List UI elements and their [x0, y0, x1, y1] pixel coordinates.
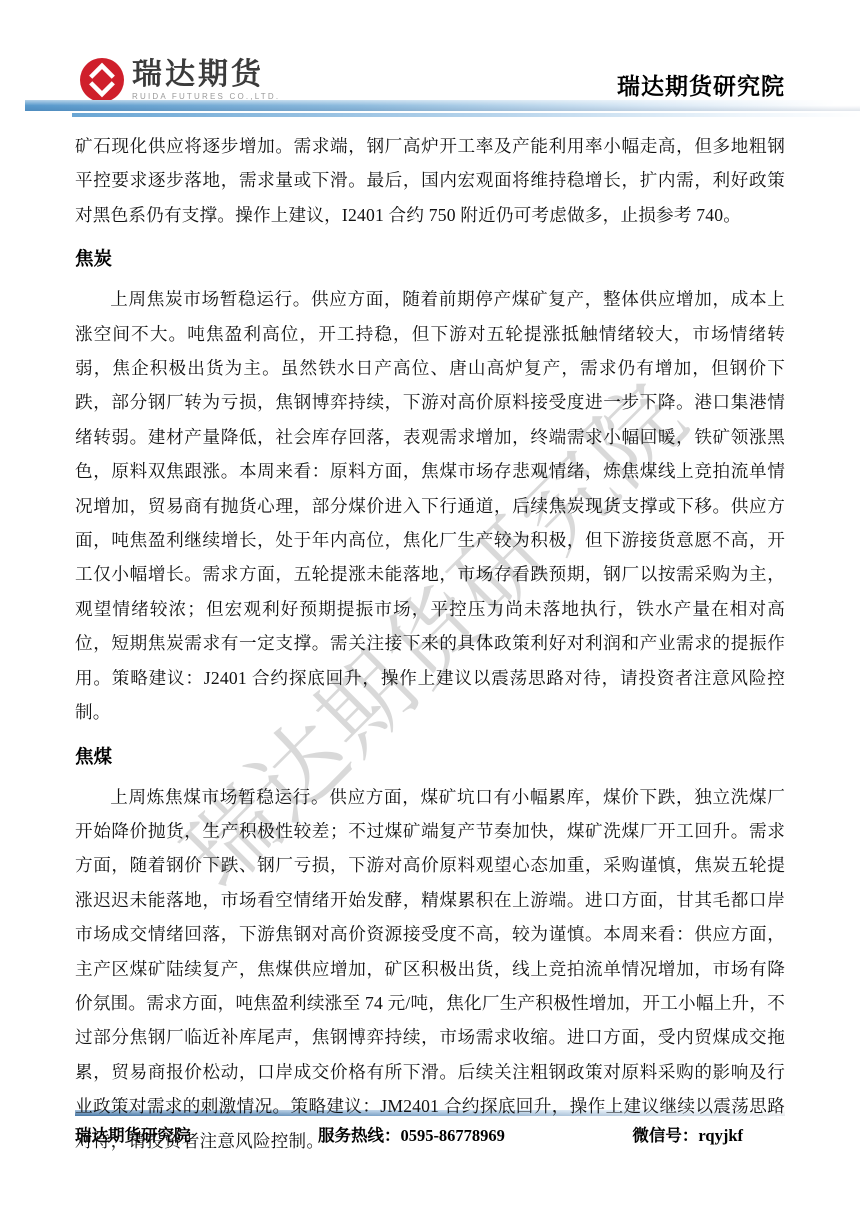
section-body-coking-coal: 上周炼焦煤市场暂稳运行。供应方面，煤矿坑口有小幅累库，煤价下跌，独立洗煤厂开始降…: [75, 780, 785, 1158]
logo-company-name: 瑞达期货: [132, 59, 280, 91]
section-body-coke: 上周焦炭市场暂稳运行。供应方面，随着前期停产煤矿复产，整体供应增加，成本上涨空间…: [75, 282, 785, 729]
company-logo: 瑞达期货 RUIDA FUTURES CO.,LTD.: [78, 56, 280, 104]
report-page: 瑞达期货 RUIDA FUTURES CO.,LTD. 瑞达期货研究院 瑞达期货…: [0, 0, 860, 1217]
header-divider-main: [25, 100, 860, 111]
section-heading-coke: 焦炭: [75, 248, 785, 272]
ruida-logo-icon: [78, 56, 126, 104]
report-body: 矿石现化供应将逐步增加。需求端，钢厂高炉开工率及产能利用率小幅走高，但多地粗钢平…: [75, 129, 785, 1158]
page-title: 瑞达期货研究院: [617, 68, 785, 101]
section-heading-coking-coal: 焦煤: [75, 746, 785, 770]
header-divider-sub: [72, 113, 860, 117]
intro-paragraph: 矿石现化供应将逐步增加。需求端，钢厂高炉开工率及产能利用率小幅走高，但多地粗钢平…: [75, 129, 785, 232]
